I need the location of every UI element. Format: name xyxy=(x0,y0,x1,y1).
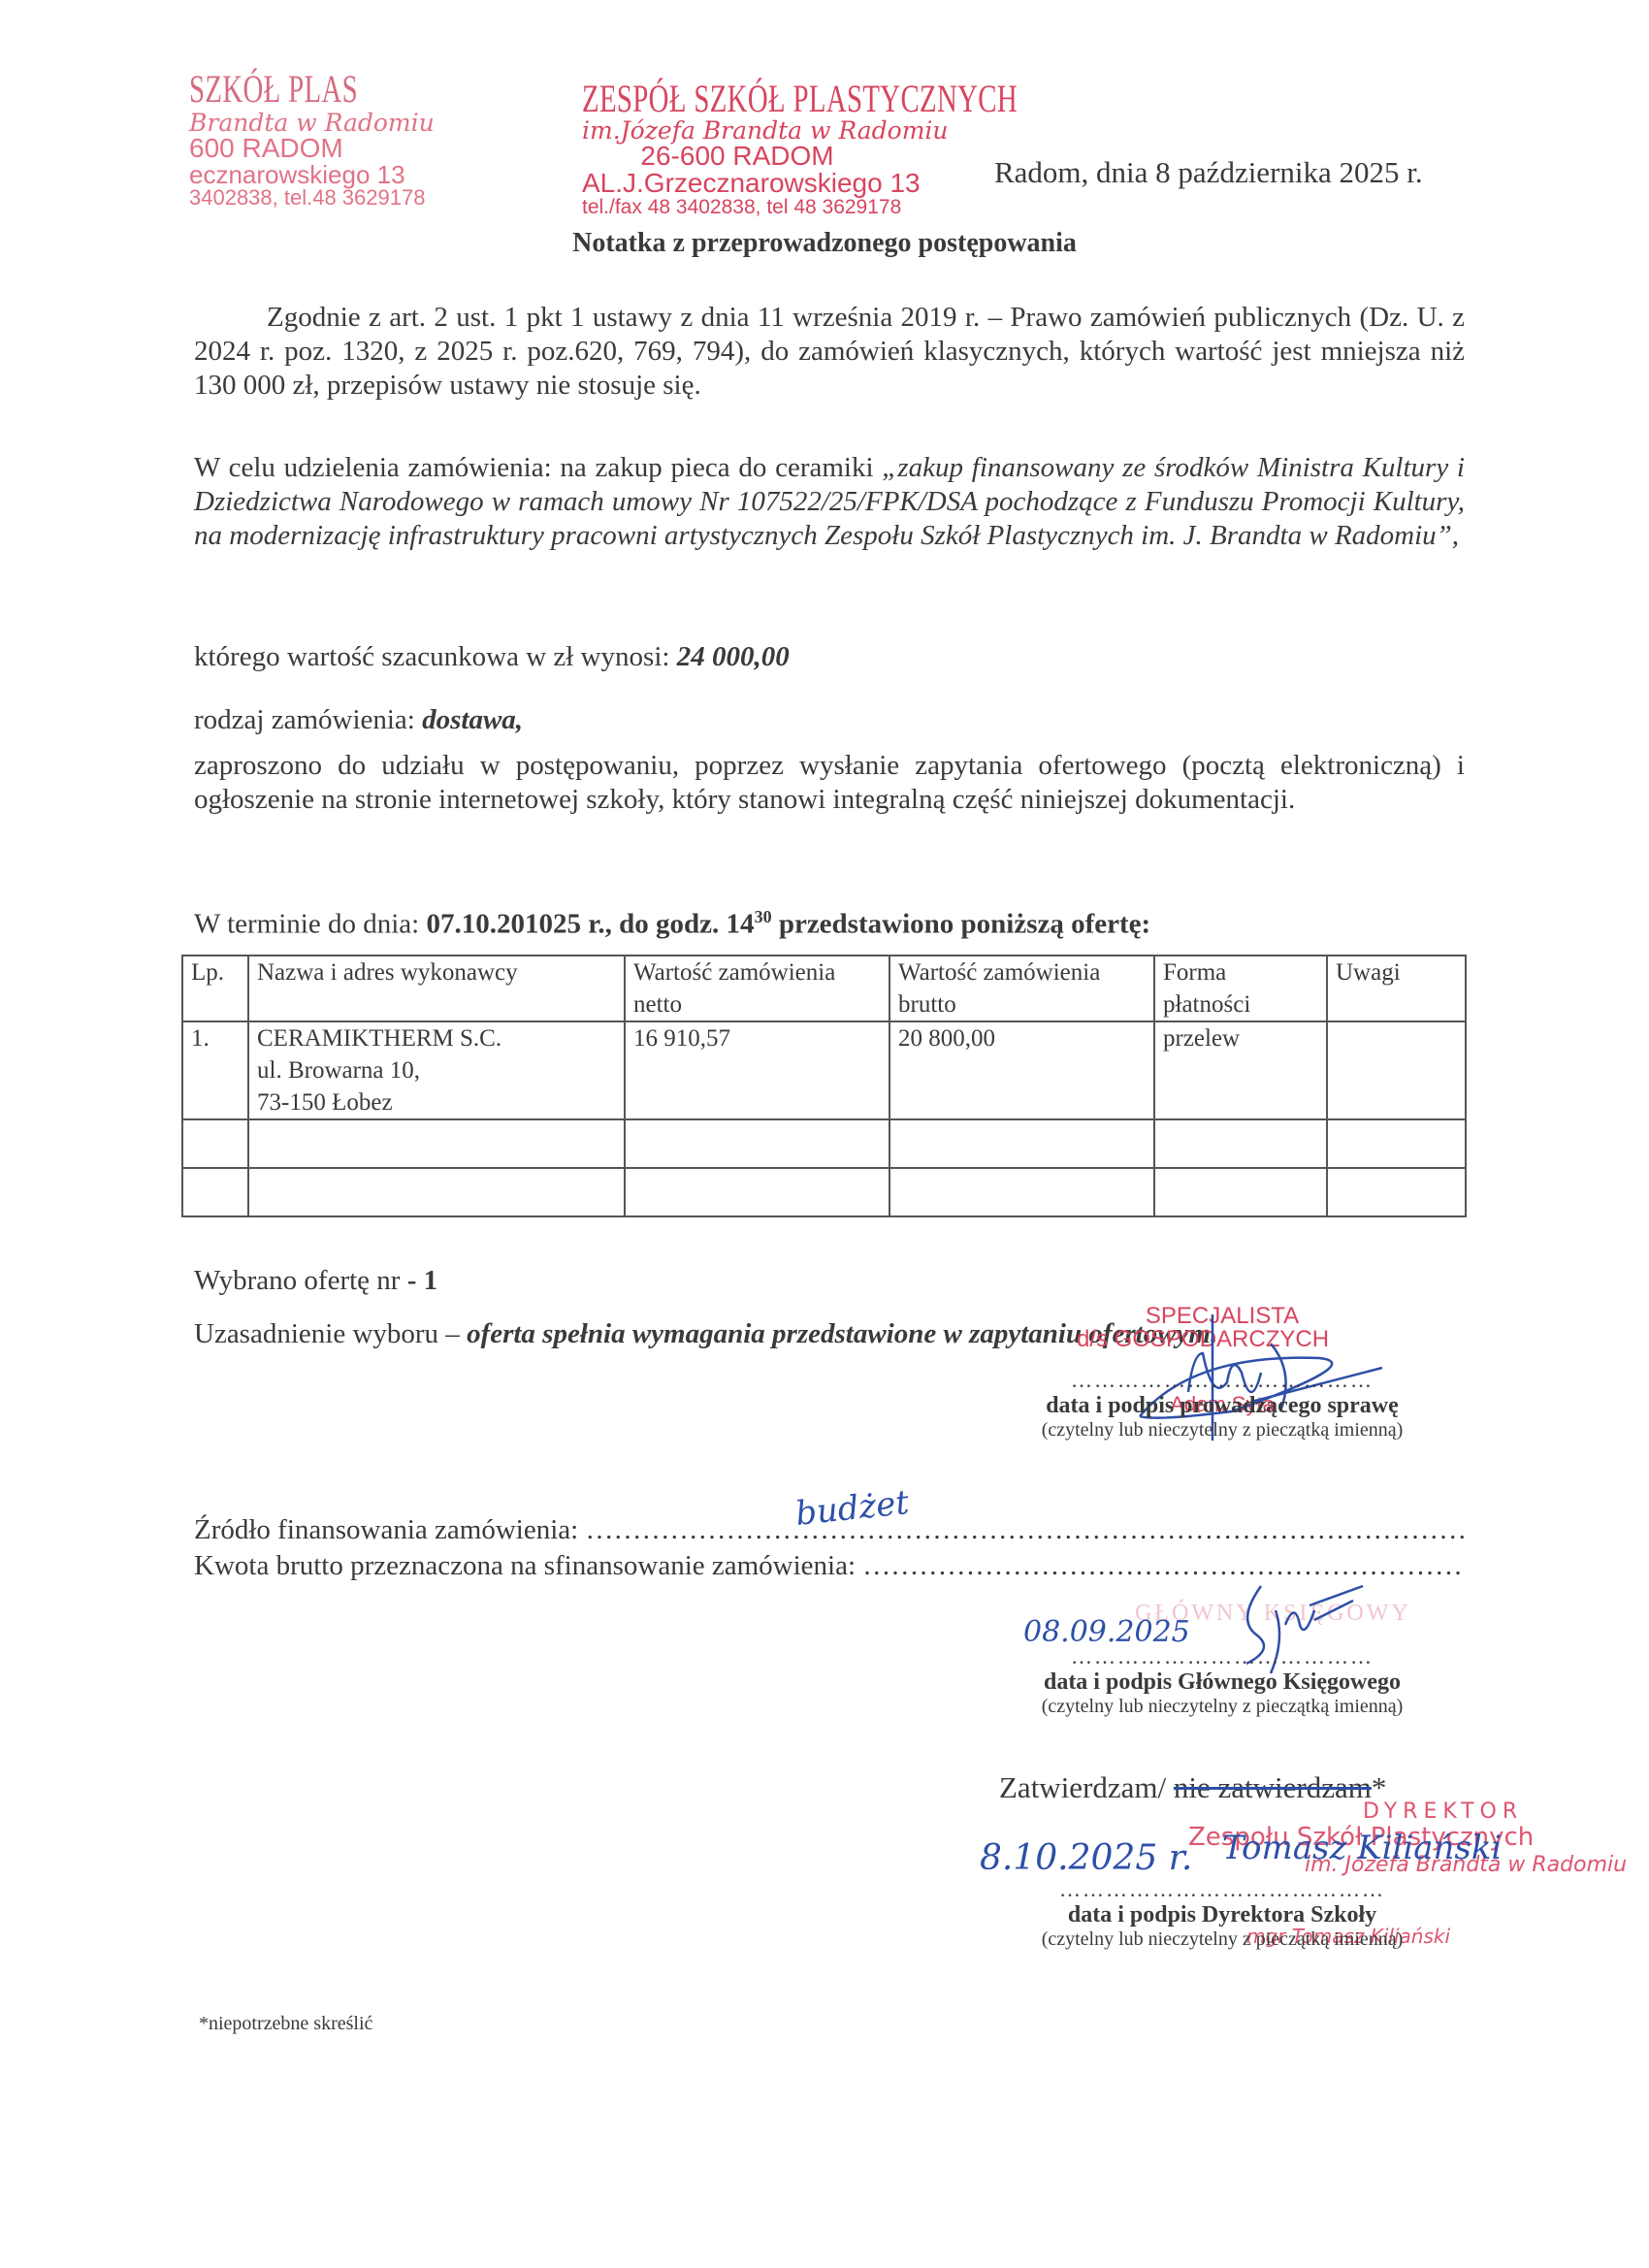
table-row: 1. CERAMIKTHERM S.C. ul. Browarna 10, 73… xyxy=(182,1021,1466,1119)
financing-source-label: Źródło finansowania zamówienia: xyxy=(194,1514,585,1545)
deadline-date: 07.10.201025 r., do godz. 14 xyxy=(426,909,754,940)
signature-caption: data i podpis Dyrektora Szkoły xyxy=(989,1902,1455,1928)
school-stamp-left: SZKÓŁ PLAS Brandta w Radomiu 600 RADOM e… xyxy=(189,70,538,209)
table-header-row: Lp. Nazwa i adres wykonawcy Wartość zamó… xyxy=(182,956,1466,1021)
accountant-signature-block: ………………………………… data i podpis Głównego Ksi… xyxy=(989,1644,1455,1718)
signature-caption: data i podpis Głównego Księgowego xyxy=(989,1669,1455,1696)
case-officer-signature-block: ………………………………… data i podpis prowadzącego… xyxy=(989,1368,1455,1442)
header-gross-value: Wartość zamówienia brutto xyxy=(889,956,1154,1021)
place-and-date: Radom, dnia 8 października 2025 r. xyxy=(994,155,1423,190)
footnote: *niepotrzebne skreślić xyxy=(199,2013,372,2035)
table-row-empty xyxy=(182,1119,1466,1168)
order-type-label: rodzaj zamówienia: xyxy=(194,704,422,735)
signature-line: ………………………………… xyxy=(989,1368,1455,1393)
document-title: Notatka z przeprowadzonego postępowania xyxy=(0,228,1649,259)
cell-contractor: CERAMIKTHERM S.C. ul. Browarna 10, 73-15… xyxy=(248,1021,625,1119)
stamp-left-line2: Brandta w Radomiu xyxy=(189,111,538,135)
offers-table: Lp. Nazwa i adres wykonawcy Wartość zamó… xyxy=(181,955,1467,1217)
stamp-right-line5: tel./fax 48 3402838, tel 48 3629178 xyxy=(582,197,951,217)
estimated-value-line: którego wartość szacunkowa w zł wynosi: … xyxy=(194,640,1465,674)
director-stamp-title: DYREKTOR xyxy=(1188,1799,1627,1824)
deadline-minutes: 30 xyxy=(755,907,772,926)
signature-note: (czytelny lub nieczytelny z pieczątką im… xyxy=(989,1928,1455,1951)
signature-line: ………………………………… xyxy=(989,1644,1455,1669)
chosen-offer-line: Wybrano ofertę nr - 1 xyxy=(194,1264,1465,1298)
deadline-prefix: W terminie do dnia: xyxy=(194,909,426,940)
order-type-line: rodzaj zamówienia: dostawa, xyxy=(194,703,1465,737)
contractor-name: CERAMIKTHERM S.C. xyxy=(257,1022,616,1054)
contractor-city: 73-150 Łobez xyxy=(257,1086,616,1118)
estimated-value-label: którego wartość szacunkowa w zł wynosi: xyxy=(194,641,677,672)
contractor-street: ul. Browarna 10, xyxy=(257,1054,616,1086)
signature-note: (czytelny lub nieczytelny z pieczątką im… xyxy=(989,1696,1455,1718)
cell-gross-value: 20 800,00 xyxy=(889,1021,1154,1119)
deadline-line: W terminie do dnia: 07.10.201025 r., do … xyxy=(194,900,1465,942)
header-notes: Uwagi xyxy=(1327,956,1466,1021)
chosen-offer-label: Wybrano ofertę nr xyxy=(194,1265,407,1296)
invitation-paragraph: zaproszono do udziału w postępowaniu, po… xyxy=(194,749,1465,817)
approve-label: Zatwierdzam/ xyxy=(999,1770,1174,1804)
stamp-right-line4: AL.J.Grzecznarowskiego 13 xyxy=(582,170,951,197)
purpose-paragraph: W celu udzielenia zamówienia: na zakup p… xyxy=(194,451,1465,553)
header-net-value: Wartość zamówienia netto xyxy=(625,956,889,1021)
cell-payment-form: przelew xyxy=(1154,1021,1327,1119)
cell-lp: 1. xyxy=(182,1021,248,1119)
signature-line: …………………………………… xyxy=(989,1877,1455,1902)
purpose-prefix: W celu udzielenia zamówienia: na zakup p… xyxy=(194,452,882,483)
school-stamp-right: ZESPÓŁ SZKÓŁ PLASTYCZNYCH im.Józefa Bran… xyxy=(582,80,951,217)
header-payment-form: Forma płatności xyxy=(1154,956,1327,1021)
signature-note: (czytelny lub nieczytelny z pieczątką im… xyxy=(989,1419,1455,1442)
financing-source-dots: ……………………………………………………………………………………… xyxy=(585,1514,1465,1545)
legal-basis-paragraph: Zgodnie z art. 2 ust. 1 pkt 1 ustawy z d… xyxy=(194,301,1465,403)
signature-caption: data i podpis prowadzącego sprawę xyxy=(989,1393,1455,1419)
header-contractor: Nazwa i adres wykonawcy xyxy=(248,956,625,1021)
stamp-right-line3: 26-600 RADOM xyxy=(582,143,892,170)
director-handwritten-date: 8.10.2025 r. xyxy=(980,1838,1192,1878)
estimated-value: 24 000,00 xyxy=(677,641,790,672)
stamp-left-line3: 600 RADOM xyxy=(189,135,538,162)
header-lp: Lp. xyxy=(182,956,248,1021)
financing-amount-dots: ………………………………………………………… xyxy=(862,1550,1465,1581)
stamp-right-line2: im.Józefa Brandta w Radomiu xyxy=(582,118,951,143)
financing-amount-line: Kwota brutto przeznaczona na sfinansowan… xyxy=(194,1549,1465,1583)
cell-net-value: 16 910,57 xyxy=(625,1021,889,1119)
stamp-left-line1: SZKÓŁ PLAS xyxy=(189,70,358,109)
director-signature: Tomasz Kiliański xyxy=(1222,1829,1502,1867)
table-row-empty xyxy=(182,1168,1466,1216)
stamp-right-line1: ZESPÓŁ SZKÓŁ PLASTYCZNYCH xyxy=(582,80,1018,118)
order-type-value: dostawa, xyxy=(422,704,523,735)
deadline-suffix: przedstawiono poniższą ofertę: xyxy=(772,909,1151,940)
chosen-offer-number: - 1 xyxy=(407,1265,437,1296)
stamp-left-line5: 3402838, tel.48 3629178 xyxy=(189,187,538,209)
legal-basis-text: Zgodnie z art. 2 ust. 1 pkt 1 ustawy z d… xyxy=(194,302,1465,401)
cell-notes xyxy=(1327,1021,1466,1119)
stamp-left-line4: ecznarowskiego 13 xyxy=(189,162,538,187)
director-signature-block: …………………………………… data i podpis Dyrektora S… xyxy=(989,1877,1455,1951)
financing-amount-label: Kwota brutto przeznaczona na sfinansowan… xyxy=(194,1550,862,1581)
justification-label: Uzasadnienie wyboru – xyxy=(194,1318,467,1349)
